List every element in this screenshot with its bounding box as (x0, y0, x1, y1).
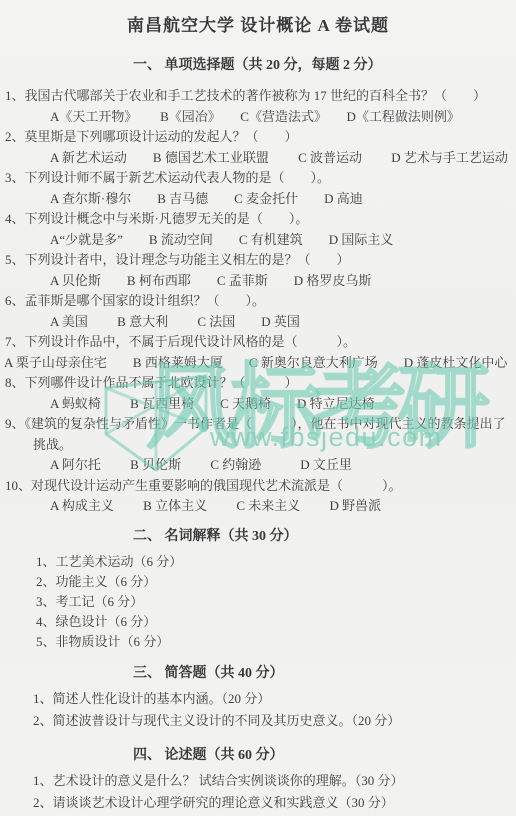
short-answer-section: 1、简述人性化设计的基本内涵。（20 分） 2、简述波普设计与现代主义设计的不同… (0, 688, 516, 732)
question-10-options: A 构成主义 B 立体主义 C 未来主义 D 野兽派 (0, 496, 516, 517)
short-answer-item-1: 1、简述人性化设计的基本内涵。（20 分） (0, 688, 516, 710)
essay-item-1: 1、艺术设计的意义是什么？ 试结合实例谈谈你的理解。（30 分） (0, 770, 516, 792)
question-10: 10、对现代设计运动产生重要影响的俄国现代艺术流派是（ ）。 (0, 476, 516, 497)
question-9: 9、《建筑的复杂性与矛盾性》一书作者是（ ），他在书中对现代主义的教条提出了挑战… (0, 414, 516, 455)
question-6-options: A 美国 B 意大利 C 法国 D 英国 (0, 312, 516, 333)
question-5: 5、下列设计者中，设计理念与功能主义相左的是？（ ） (0, 250, 516, 271)
essay-item-2: 2、请谈谈艺术设计心理学研究的理论意义和实践意义（30 分） (0, 792, 516, 814)
question-8-options: A 蚂蚁椅 B 瓦西里椅 C 天鹅椅 D 特立尼达椅 (0, 394, 516, 415)
exam-paper-page: 南昌航空大学 设计概论 A 卷试题 一、 单项选择题（共 20 分，每题 2 分… (0, 0, 516, 816)
term-item-3: 3、考工记（6 分） (0, 592, 516, 612)
multiple-choice-section: 1、我国古代哪部关于农业和手工艺技术的著作被称为 17 世纪的百科全书？（ ） … (0, 86, 516, 517)
section-3-heading: 三、 简答题（共 40 分） (0, 664, 516, 683)
question-2-options: A 新艺术运动 B 德国艺术工业联盟 C 波普运动 D 艺术与手工艺运动 (0, 148, 516, 169)
question-3: 3、下列设计师不属于新艺术运动代表人物的是（ ）。 (0, 168, 516, 189)
question-9-options: A 阿尔托 B 贝伦斯 C 约翰逊 D 文丘里 (0, 455, 516, 476)
term-item-4: 4、绿色设计（6 分） (0, 612, 516, 632)
term-definition-section: 1、工艺美术运动（6 分） 2、功能主义（6 分） 3、考工记（6 分） 4、绿… (0, 552, 516, 652)
question-1: 1、我国古代哪部关于农业和手工艺技术的著作被称为 17 世纪的百科全书？（ ） (0, 86, 516, 107)
section-1-heading: 一、 单项选择题（共 20 分，每题 2 分） (0, 56, 516, 75)
question-4: 4、下列设计概念中与米斯·凡德罗无关的是（ ）。 (0, 209, 516, 230)
question-7-options: A 栗子山母亲住宅 B 西格莱姆大厦 C 新奥尔良意大利广场 D 蓬皮杜文化中心 (0, 353, 516, 374)
term-item-5: 5、非物质设计（6 分） (0, 632, 516, 652)
question-4-options: A“少就是多” B 流动空间 C 有机建筑 D 国际主义 (0, 230, 516, 251)
question-8: 8、下列哪件设计作品不属于北欧设计？（ ） (0, 373, 516, 394)
question-5-options: A 贝伦斯 B 柯布西耶 C 孟菲斯 D 格罗皮乌斯 (0, 271, 516, 292)
term-item-1: 1、工艺美术运动（6 分） (0, 552, 516, 572)
question-2: 2、莫里斯是下列哪项设计运动的发起人？（ ） (0, 127, 516, 148)
section-4-heading: 四、 论述题（共 60 分） (0, 746, 516, 765)
essay-section: 1、艺术设计的意义是什么？ 试结合实例谈谈你的理解。（30 分） 2、请谈谈艺术… (0, 770, 516, 814)
short-answer-item-2: 2、简述波普设计与现代主义设计的不同及其历史意义。（20 分） (0, 710, 516, 732)
question-7: 7、下列设计作品中，不属于后现代设计风格的是（ ）。 (0, 332, 516, 353)
question-1-options: A《天工开物》 B《园冶》 C《营造法式》 D《工程做法则例》 (0, 107, 516, 128)
section-2-heading: 二、 名词解释（共 30 分） (0, 527, 516, 546)
question-6: 6、孟菲斯是哪个国家的设计组织？（ ）。 (0, 291, 516, 312)
page-title: 南昌航空大学 设计概论 A 卷试题 (0, 14, 516, 38)
question-3-options: A 查尔斯·穆尔 B 吉马德 C 麦金托什 D 高迪 (0, 189, 516, 210)
term-item-2: 2、功能主义（6 分） (0, 572, 516, 592)
